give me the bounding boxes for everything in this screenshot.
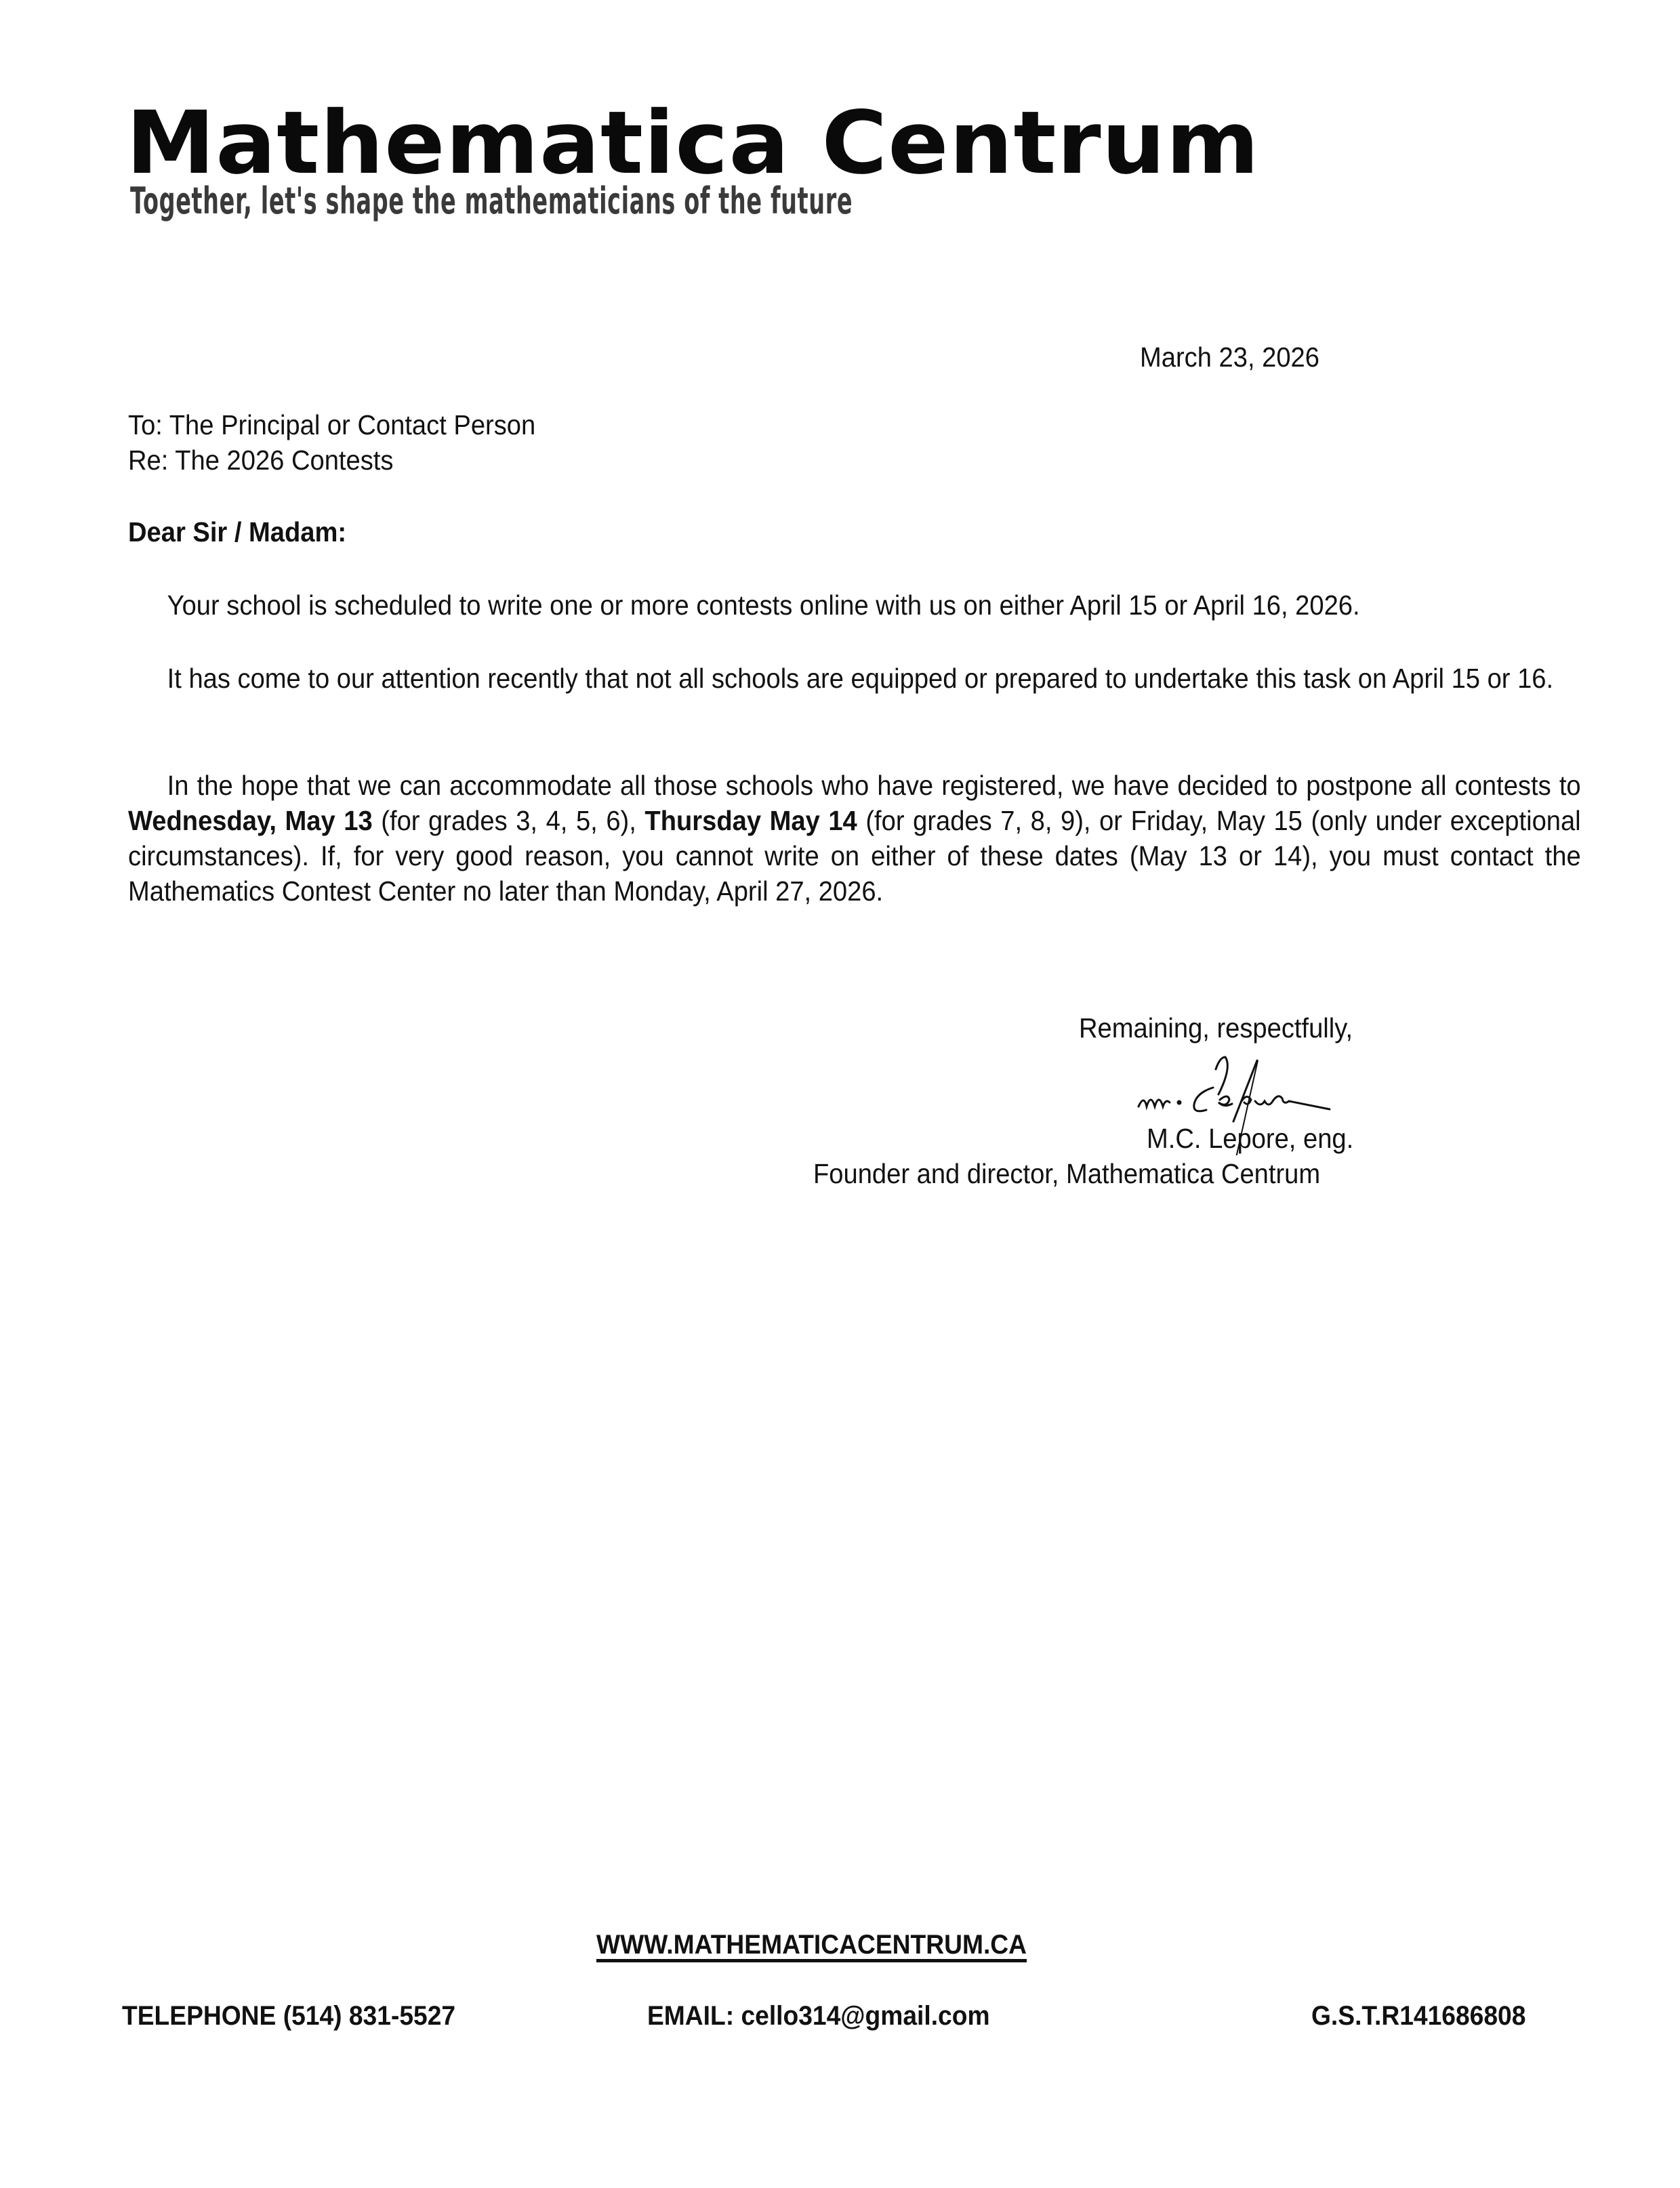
- organization-name: Mathematica Centrum: [126, 100, 1260, 187]
- subject-line: Re: The 2026 Contests: [128, 447, 393, 474]
- paragraph-2: It has come to our attention recently th…: [128, 661, 1581, 696]
- highlight-date-may-14: Thursday May 14: [644, 805, 857, 836]
- closing: Remaining, respectfully,: [1079, 1014, 1353, 1042]
- paragraph-1: Your school is scheduled to write one or…: [128, 587, 1581, 623]
- letter-date: March 23, 2026: [1140, 344, 1319, 371]
- gst-number: G.S.T.R141686808: [1311, 2001, 1525, 2031]
- paragraph-3: In the hope that we can accommodate all …: [128, 768, 1581, 909]
- salutation: Dear Sir / Madam:: [128, 518, 346, 546]
- website-link[interactable]: WWW.MATHEMATICACENTRUM.CA: [596, 1930, 1027, 1960]
- signer-name: M.C. Lepore, eng.: [1147, 1125, 1353, 1153]
- recipient-line: To: The Principal or Contact Person: [128, 411, 535, 439]
- organization-tagline: Together, let's shape the mathematicians…: [130, 183, 853, 220]
- email-address[interactable]: EMAIL: cello314@gmail.com: [647, 2001, 990, 2031]
- signer-title: Founder and director, Mathematica Centru…: [813, 1160, 1320, 1188]
- highlight-date-may-13: Wednesday, May 13: [128, 805, 373, 836]
- telephone-number: TELEPHONE (514) 831-5527: [122, 2001, 455, 2031]
